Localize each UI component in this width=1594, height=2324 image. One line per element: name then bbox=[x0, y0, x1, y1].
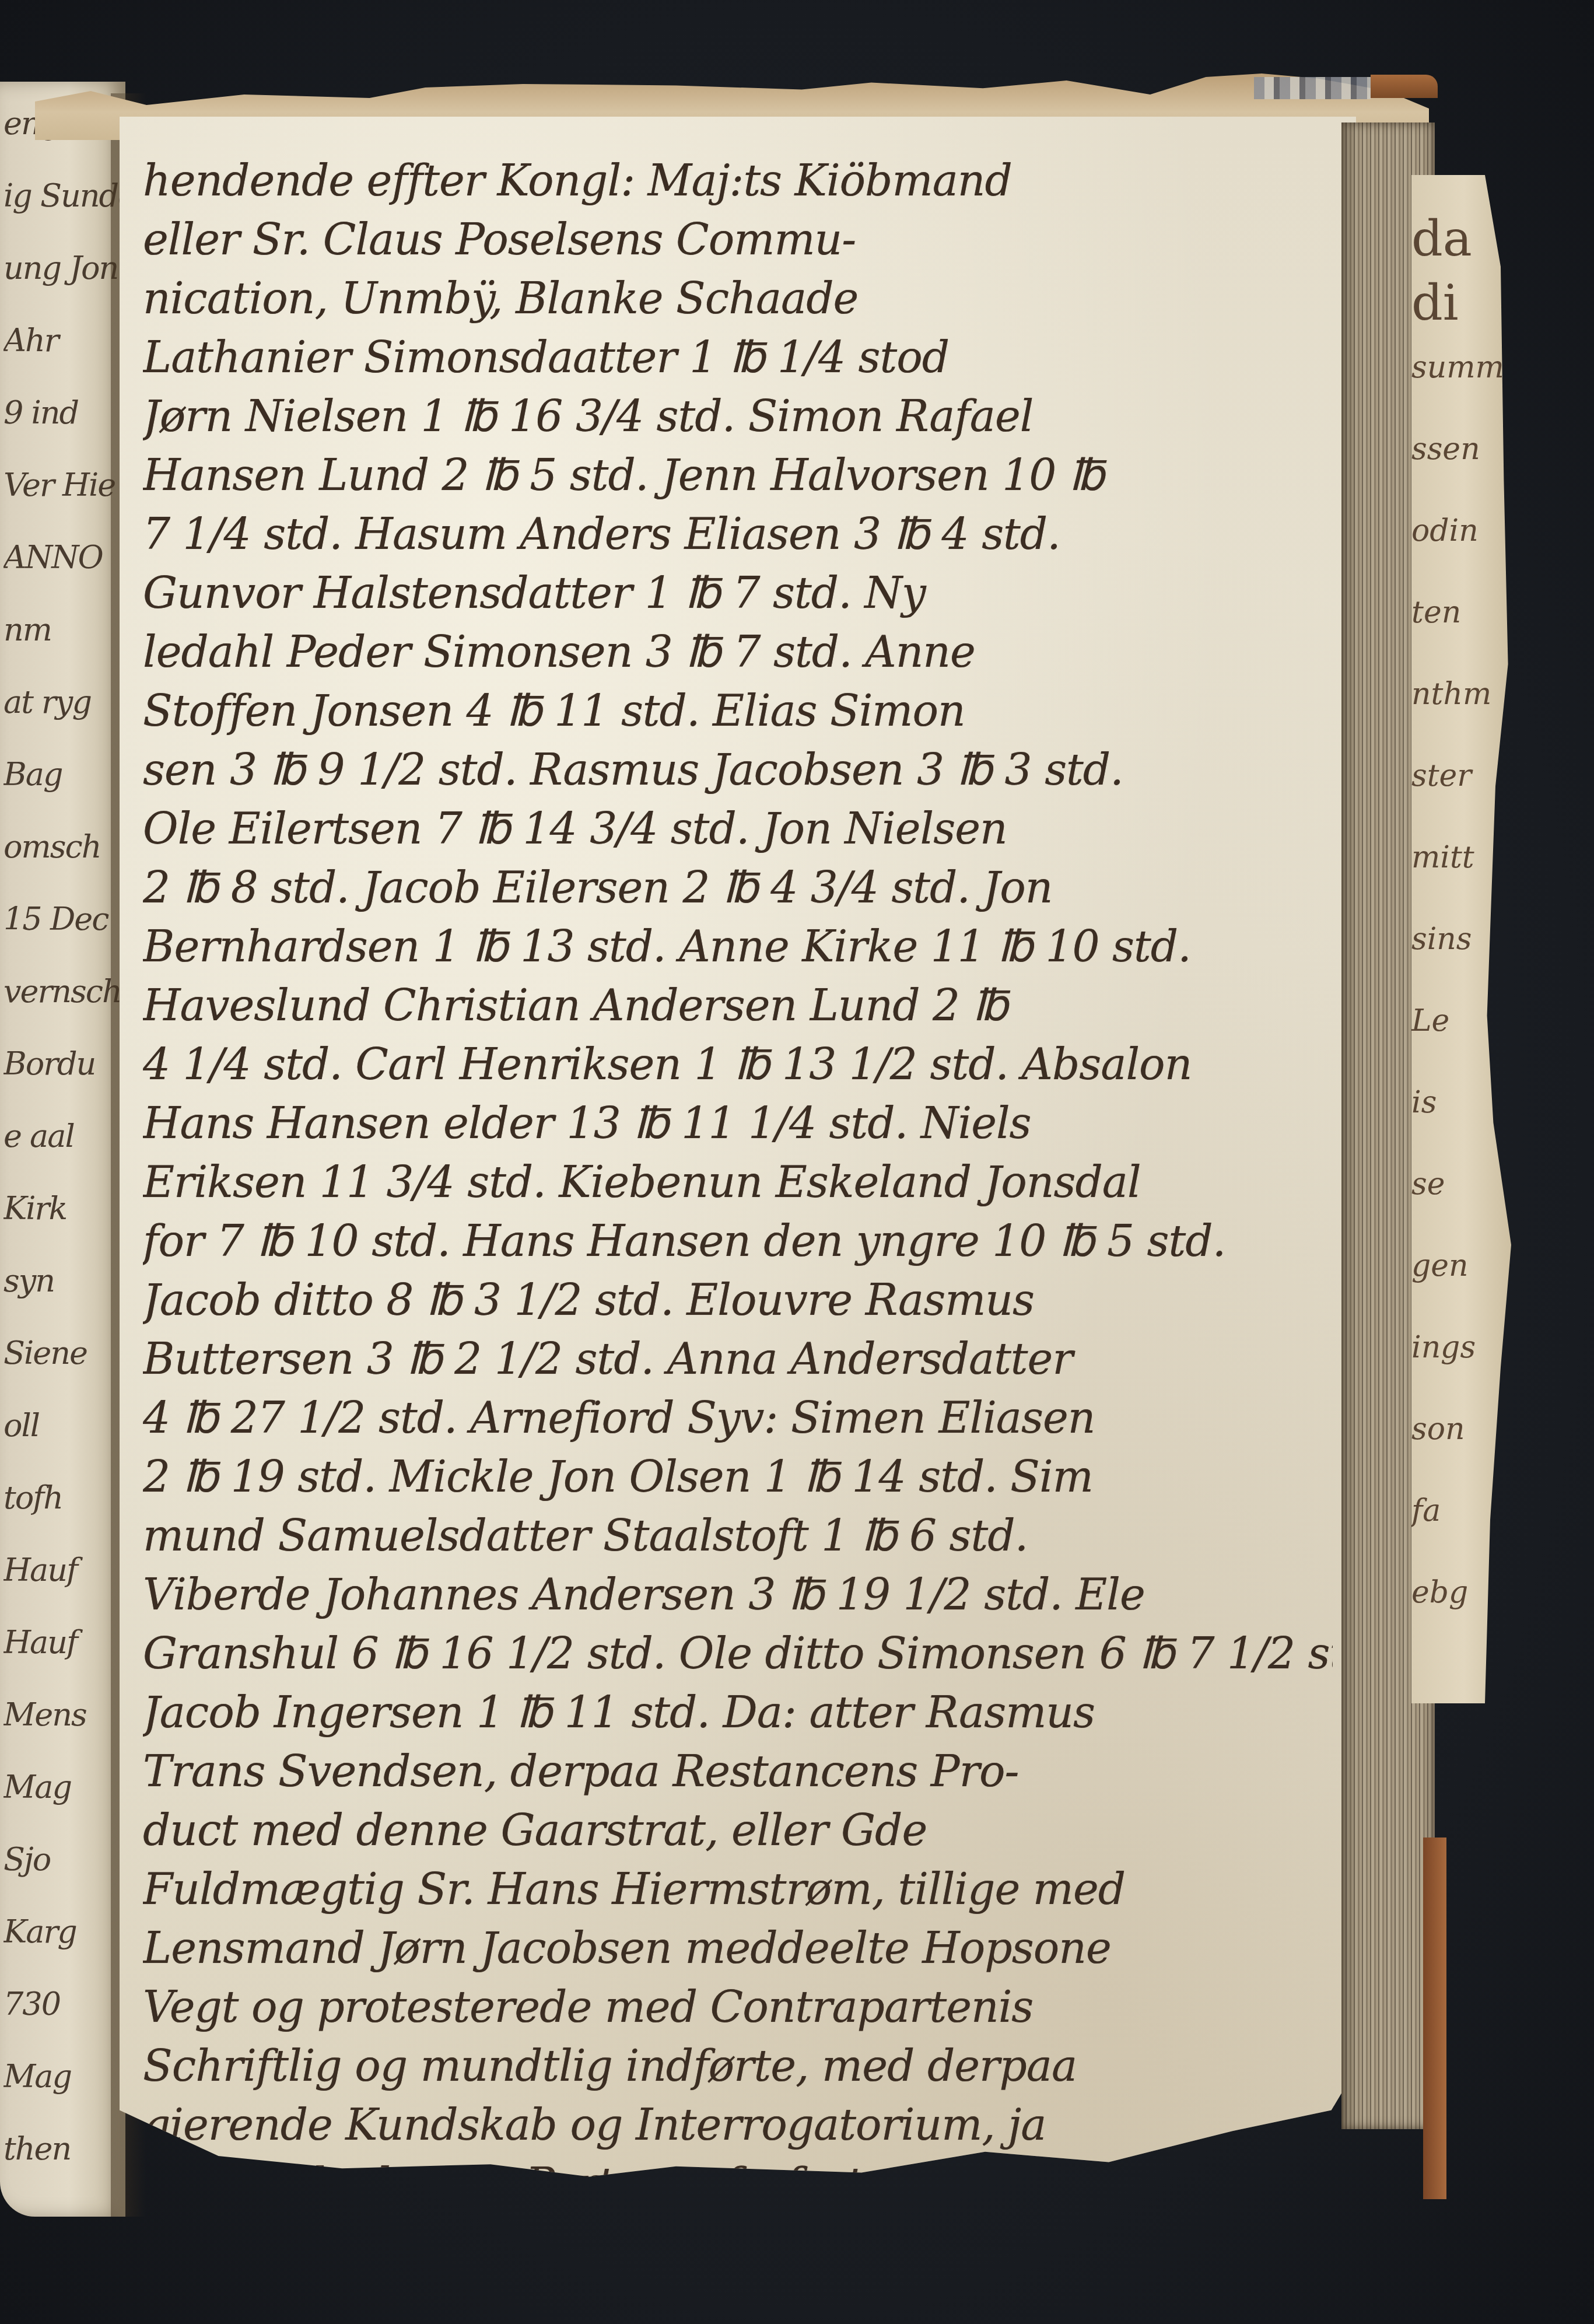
left-page-text-fragment: Ahr bbox=[3, 322, 120, 359]
left-page-text-fragment: ANNO bbox=[3, 539, 120, 576]
manuscript-line: Hans Hansen elder 13 ℔ 11 1/4 std. Niels bbox=[143, 1094, 1333, 1153]
manuscript-line: 4 ℔ 27 1/2 std. Arnefiord Syv: Simen Eli… bbox=[143, 1389, 1333, 1448]
loose-sheet-text-fragment: summ bbox=[1411, 350, 1511, 385]
left-page-text-fragment: ung Jon bbox=[3, 250, 120, 286]
left-page-text-fragment: 9 ind bbox=[3, 394, 120, 431]
left-page-text-fragment: oll bbox=[3, 1407, 120, 1444]
main-manuscript-page: hendende effter Kongl: Maj:ts Kiöbmandel… bbox=[120, 117, 1356, 2193]
manuscript-line: Gunvor Halstensdatter 1 ℔ 7 std. Ny bbox=[143, 564, 1333, 623]
loose-sheet-text-fragment: ings bbox=[1411, 1330, 1511, 1365]
left-page-text-fragment: 15 Dec bbox=[3, 901, 120, 937]
manuscript-line: gierende Kundskab og Interrogatorium, ja bbox=[143, 2096, 1333, 2155]
left-page-text-fragment: then bbox=[3, 2130, 120, 2167]
manuscript-line: Jørn Nielsen 1 ℔ 16 3/4 std. Simon Rafae… bbox=[143, 387, 1333, 446]
manuscript-line: Lathanier Simonsdaatter 1 ℔ 1/4 stod bbox=[143, 328, 1333, 387]
loose-sheet-text-fragment: odin bbox=[1411, 513, 1511, 548]
manuscript-line: Stoffen Jonsen 4 ℔ 11 std. Elias Simon bbox=[143, 682, 1333, 741]
spine-cap bbox=[1371, 75, 1438, 98]
left-page-text-fragment: Mag bbox=[3, 2058, 120, 2095]
left-page-text-fragment: omsch bbox=[3, 828, 120, 865]
manuscript-line: 2 ℔ 19 std. Mickle Jon Olsen 1 ℔ 14 std.… bbox=[143, 1448, 1333, 1507]
manuscript-line: Lensmand Jørn Jacobsen meddeelte Hopsone bbox=[143, 1919, 1333, 1978]
manuscript-line: Viberde Johannes Andersen 3 ℔ 19 1/2 std… bbox=[143, 1566, 1333, 1625]
loose-sheet-text-fragment: ssen bbox=[1411, 432, 1511, 467]
left-page-text-fragment: tofh bbox=[3, 1479, 120, 1516]
left-page-text-fragment: Mens bbox=[3, 1696, 120, 1733]
manuscript-line: sen 3 ℔ 9 1/2 std. Rasmus Jacobsen 3 ℔ 3… bbox=[143, 741, 1333, 800]
spine-tape bbox=[1254, 77, 1371, 99]
manuscript-line: Haveslund Christian Andersen Lund 2 ℔ bbox=[143, 977, 1333, 1035]
manuscript-line: Ole Eilertsen 7 ℔ 14 3/4 std. Jon Nielse… bbox=[143, 800, 1333, 859]
manuscript-line: Schriftlig og mundtlig indførte, med der… bbox=[143, 2037, 1333, 2096]
left-page-text-fragment: e aal bbox=[3, 1118, 120, 1154]
manuscript-line: Jacob Ingersen 1 ℔ 11 std. Da: atter Ras… bbox=[143, 1683, 1333, 1742]
manuscript-line: Vegt og protesterede med Contrapartenis bbox=[143, 1978, 1333, 2037]
left-page-text-fragment: Hauf bbox=[3, 1552, 120, 1588]
manuscript-line: nication, Unmbÿ, Blanke Schaade bbox=[143, 269, 1333, 328]
left-page-text-fragment: vernsch bbox=[3, 973, 120, 1010]
left-page-text-fragment: at ryg bbox=[3, 684, 120, 720]
manuscript-line: Eriksen 11 3/4 std. Kiebenun Eskeland Jo… bbox=[143, 1153, 1333, 1212]
left-page-text-fragment: Karg bbox=[3, 1913, 120, 1950]
manuscript-line: Buttersen 3 ℔ 2 1/2 std. Anna Andersdatt… bbox=[143, 1330, 1333, 1389]
left-page-text-fragment: Bag bbox=[3, 756, 120, 793]
manuscript-line: Trans Svendsen, derpaa Restancens Pro- bbox=[143, 1742, 1333, 1801]
manuscript-line: Fuldmægtig Sr. Hans Hiermstrøm, tillige … bbox=[143, 1860, 1333, 1919]
manuscript-line: mund Samuelsdatter Staalstoft 1 ℔ 6 std. bbox=[143, 1507, 1333, 1566]
manuscript-line: 7 1/4 std. Hasum Anders Eliasen 3 ℔ 4 st… bbox=[143, 505, 1333, 564]
left-page-text-fragment: Sjo bbox=[3, 1841, 120, 1878]
left-page-text-fragment: Mag bbox=[3, 1769, 120, 1805]
manuscript-line: Granshul 6 ℔ 16 1/2 std. Ole ditto Simon… bbox=[143, 1625, 1333, 1683]
loose-sheet-text-fragment: di bbox=[1411, 274, 1511, 331]
manuscript-line: duct med denne Gaarstrat, eller Gde bbox=[143, 1801, 1333, 1860]
left-page-text-fragment: Bordu bbox=[3, 1045, 120, 1082]
manuscript-line: ledahl Peder Simonsen 3 ℔ 7 std. Anne bbox=[143, 623, 1333, 682]
manuscript-line: eller Sr. Claus Poselsens Commu- bbox=[143, 211, 1333, 269]
manuscript-line: Bernhardsen 1 ℔ 13 std. Anne Kirke 11 ℔ … bbox=[143, 918, 1333, 977]
left-page-text-fragment: nm bbox=[3, 611, 120, 648]
loose-sheet-text-fragment: gen bbox=[1411, 1248, 1511, 1283]
manuscript-line: for 7 ℔ 10 std. Hans Hansen den yngre 10… bbox=[143, 1212, 1333, 1271]
manuscript-line: Hansen Lund 2 ℔ 5 std. Jenn Halvorsen 10… bbox=[143, 446, 1333, 505]
left-page-text-fragment: Siene bbox=[3, 1335, 120, 1371]
left-page-text-fragment: syn bbox=[3, 1262, 120, 1299]
left-page-text-fragment: 730 bbox=[3, 1986, 120, 2022]
left-facing-page: en Jonig Sundeung JonAhr9 indVer HieANNO… bbox=[0, 82, 125, 2217]
left-page-text-fragment: ig Sunde bbox=[3, 177, 120, 214]
left-page-text-fragment: Kirk bbox=[3, 1190, 120, 1227]
leather-binding-strip bbox=[1423, 1838, 1446, 2199]
manuscript-line: 4 1/4 std. Carl Henriksen 1 ℔ 13 1/2 std… bbox=[143, 1035, 1333, 1094]
handwritten-text-block: hendende effter Kongl: Maj:ts Kiöbmandel… bbox=[143, 152, 1333, 2214]
manuscript-line: 2 ℔ 8 std. Jacob Eilersen 2 ℔ 4 3/4 std.… bbox=[143, 859, 1333, 918]
loose-sheet-text-fragment: nthm bbox=[1411, 677, 1511, 712]
manuscript-line: hendende effter Kongl: Maj:ts Kiöbmand bbox=[143, 152, 1333, 211]
loose-sheet-text-fragment: se bbox=[1411, 1167, 1511, 1202]
left-page-text-fragment: Hauf bbox=[3, 1624, 120, 1661]
left-page-text-fragment: Ver Hie bbox=[3, 467, 120, 503]
manuscript-line: Jacob ditto 8 ℔ 3 1/2 std. Elouvre Rasmu… bbox=[143, 1271, 1333, 1330]
loose-sheet-text-fragment: ten bbox=[1411, 595, 1511, 630]
